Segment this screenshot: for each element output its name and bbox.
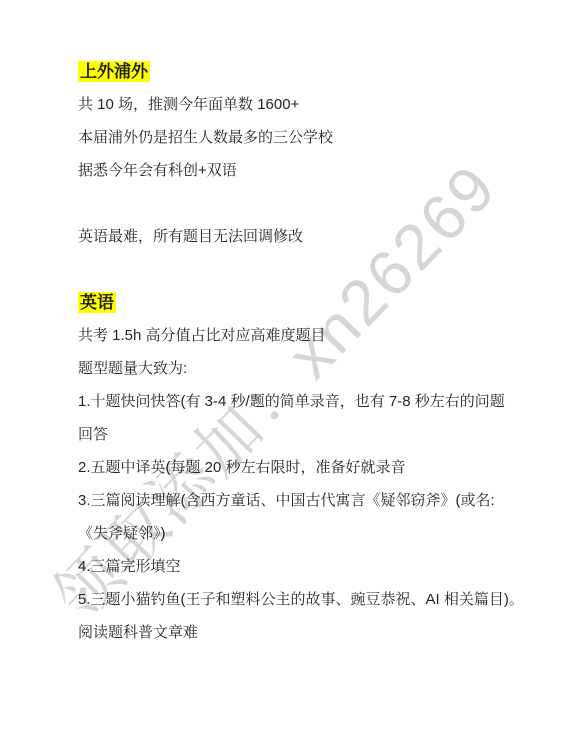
paragraph: 3.三篇阅读理解(含西方童话、中国古代寓言《疑邻窃斧》(或名: <box>78 484 552 517</box>
blank-line <box>78 187 552 220</box>
document-body: 上外浦外 共 10 场，推测今年面单数 1600+ 本届浦外仍是招生人数最多的三… <box>78 55 552 649</box>
paragraph: 题型题量大致为: <box>78 352 552 385</box>
paragraph: 据悉今年会有科创+双语 <box>78 154 552 187</box>
paragraph: 5.三题小猫钓鱼(王子和塑料公主的故事、豌豆恭祝、AI 相关篇目)。 <box>78 583 552 616</box>
paragraph: 英语最难，所有题目无法回调修改 <box>78 220 552 253</box>
paragraph: 1.十题快问快答(有 3-4 秒/题的简单录音，也有 7-8 秒左右的问题 <box>78 385 552 418</box>
paragraph: 共 10 场，推测今年面单数 1600+ <box>78 88 552 121</box>
blank-line <box>78 253 552 286</box>
paragraph: 4.三篇完形填空 <box>78 550 552 583</box>
paragraph: 2.五题中译英(每题 20 秒左右限时，准备好就录音 <box>78 451 552 484</box>
paragraph: 本届浦外仍是招生人数最多的三公学校 <box>78 121 552 154</box>
highlighted-heading-english: 英语 <box>78 292 116 313</box>
section-heading: 上外浦外 <box>78 55 552 88</box>
paragraph: 阅读题科普文章难 <box>78 616 552 649</box>
highlighted-heading-puwai: 上外浦外 <box>78 61 150 82</box>
paragraph: 《失斧疑邻》) <box>78 517 552 550</box>
paragraph: 回答 <box>78 418 552 451</box>
paragraph: 共考 1.5h 高分值占比对应高难度题目 <box>78 319 552 352</box>
document-page: 领取添加：xn26269 上外浦外 共 10 场，推测今年面单数 1600+ 本… <box>0 0 582 729</box>
section-heading: 英语 <box>78 286 552 319</box>
